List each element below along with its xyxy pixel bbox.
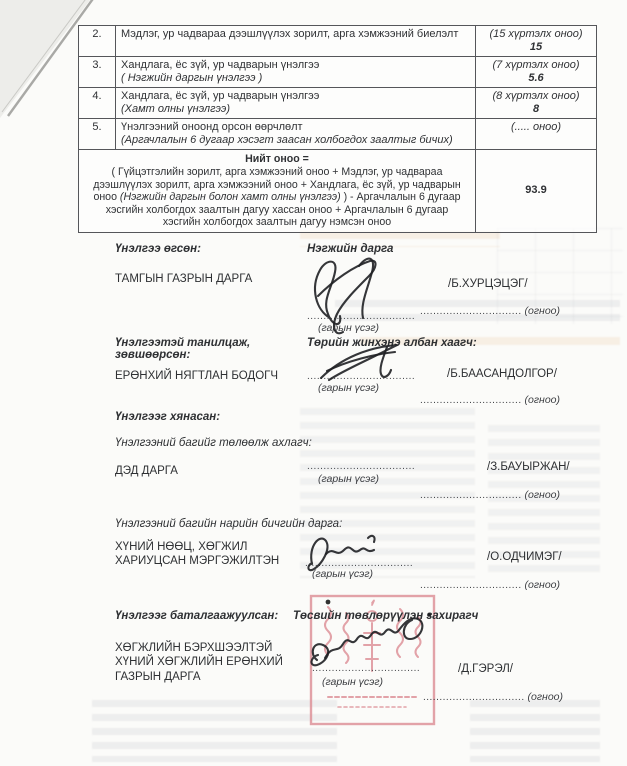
row-score: (15 хүртэлх оноо)15	[476, 26, 597, 57]
row-score: (7 хүртэлх оноо)5.6	[476, 56, 597, 87]
section-approved-title: Үнэлгээг баталгаажуулсан:	[115, 610, 278, 622]
section-given-name: /Б.ХУРЦЭЦЭГ/	[448, 278, 528, 290]
bleed-through-text	[470, 700, 600, 762]
section-reviewed-name: /З.БАУЫРЖАН/	[487, 461, 570, 473]
table-row: 2. Мэдлэг, ур чадвараа дээшлүүлэх зорилт…	[79, 26, 597, 57]
signature-caption: (гарын үсэг)	[318, 473, 379, 485]
section-secretary-position: ХҮНИЙ НӨӨЦ, ХӨГЖИЛ ХАРИУЦСАН МЭРГЭЖИЛТЭН	[115, 540, 295, 569]
row-description: Хандлага, ёс зүй, ур чадварын үнэлгээ( Н…	[116, 56, 476, 87]
section-approved-position: ХӨГЖЛИЙН БЭРХШЭЭЛТЭЙ ХҮНИЙ ХӨГЖЛИЙН ЕРӨН…	[115, 641, 305, 684]
section-secretary-subtitle: Үнэлгээний багийн нарийн бичгийн дарга:	[115, 518, 342, 530]
row-score: (8 хүртэлх оноо)8	[476, 87, 597, 118]
total-score-value: 93.9	[476, 149, 597, 232]
signature-line: .................................	[307, 371, 415, 382]
signature-line: .................................	[312, 663, 420, 674]
signature-line: .................................	[307, 461, 415, 472]
row-description: Хандлага, ёс зүй, ур чадварын үнэлгээ(Ха…	[116, 87, 476, 118]
signature-line: .................................	[307, 311, 415, 322]
row-description: Үнэлгээний оноонд орсон өөрчлөлт(Аргачла…	[116, 118, 476, 149]
date-line: ............................... (огноо)	[400, 579, 560, 591]
total-score-formula: Нийт оноо = ( Гүйцэтгэлийн зорилт, арга …	[79, 149, 476, 232]
section-approved-name: /Д.ГЭРЭЛ/	[458, 663, 513, 675]
date-line: ............................... (огноо)	[400, 394, 560, 406]
section-secretary-name: /О.ОДЧИМЭГ/	[487, 551, 562, 563]
row-number: 4.	[79, 87, 116, 118]
row-number: 2.	[79, 26, 116, 57]
signature-caption: (гарын үсэг)	[322, 676, 383, 688]
section-reviewed-title: Үнэлгээг хянасан:	[115, 411, 220, 423]
section-agreed-name: /Б.БААСАНДОЛГОР/	[447, 368, 557, 380]
section-agreed-title: Үнэлгээтэй танилцаж, зөвшөөрсөн:	[115, 337, 283, 361]
bleed-through-text	[92, 700, 337, 762]
section-given-position: ТАМГЫН ГАЗРЫН ДАРГА	[115, 272, 255, 286]
signature-caption: (гарын үсэг)	[318, 322, 379, 334]
section-agreed-position: ЕРӨНХИЙ НЯГТЛАН БОДОГЧ	[115, 369, 325, 383]
total-score-title: Нийт оноо =	[87, 153, 467, 166]
row-score: (..... оноо)	[476, 118, 597, 149]
section-agreed-right-title: Төрийн жинхэнэ албан хаагч:	[307, 337, 477, 349]
evaluation-score-table: 2. Мэдлэг, ур чадвараа дээшлүүлэх зорилт…	[78, 25, 597, 233]
table-total-row: Нийт оноо = ( Гүйцэтгэлийн зорилт, арга …	[79, 149, 597, 232]
section-reviewed-subtitle: Үнэлгээний багийг төлөөлж ахлагч:	[115, 437, 312, 449]
signature-caption: (гарын үсэг)	[318, 382, 379, 394]
table-row: 4. Хандлага, ёс зүй, ур чадварын үнэлгээ…	[79, 87, 597, 118]
date-line: ............................... (огноо)	[400, 489, 560, 501]
section-given-right-title: Нэгжийн дарга	[307, 243, 393, 255]
row-number: 3.	[79, 56, 116, 87]
row-description: Мэдлэг, ур чадвараа дээшлүүлэх зорилт, а…	[116, 26, 476, 57]
table-row: 3. Хандлага, ёс зүй, ур чадварын үнэлгээ…	[79, 56, 597, 87]
date-line: ............................... (огноо)	[400, 305, 560, 317]
section-approved-right-title: Төсвийн төвлөрүүлэн захирагч	[293, 610, 478, 622]
section-reviewed-position: ДЭД ДАРГА	[115, 464, 178, 478]
row-number: 5.	[79, 118, 116, 149]
signature-caption: (гарын үсэг)	[312, 568, 373, 580]
table-row: 5. Үнэлгээний оноонд орсон өөрчлөлт(Арга…	[79, 118, 597, 149]
section-given-title: Үнэлгээ өгсөн:	[115, 243, 201, 255]
date-line: ............................... (огноо)	[403, 691, 563, 703]
